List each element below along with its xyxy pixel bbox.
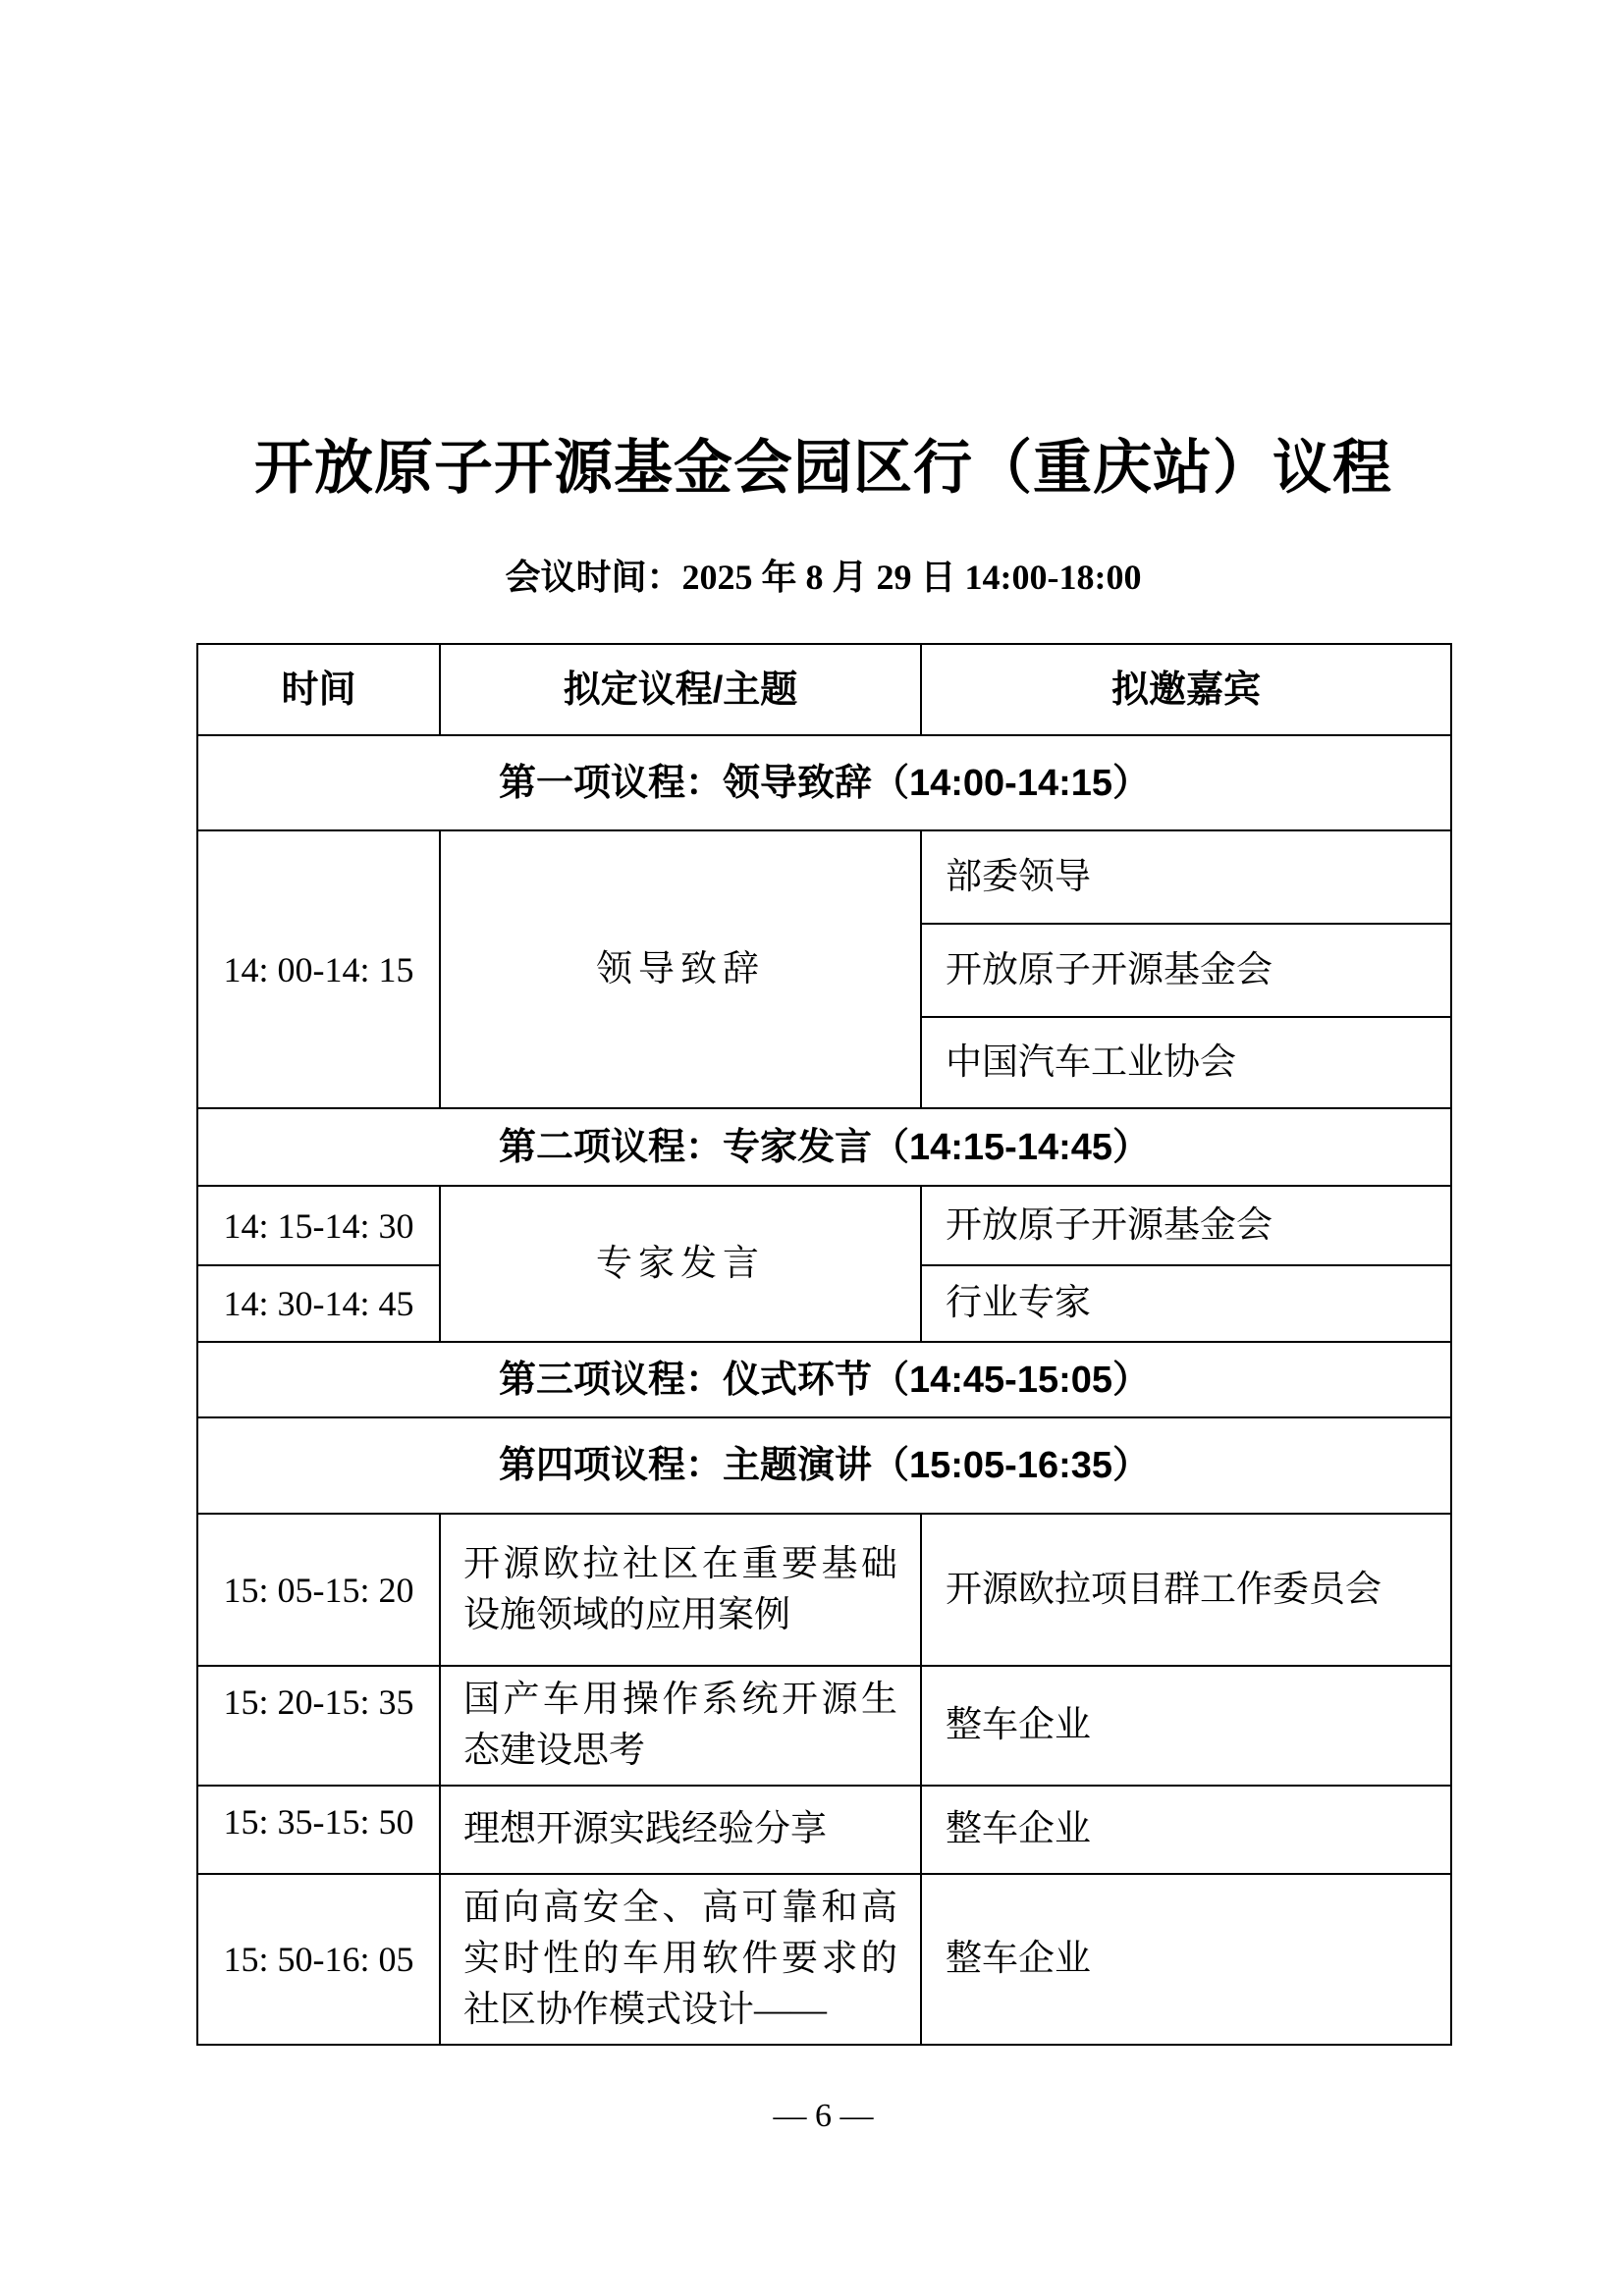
topic-cell-openeuler: 开源欧拉社区在重要基础设施领域的应用案例 [440,1514,921,1666]
topic-cell-community-collab: 面向高安全、高可靠和高实时性的车用软件要求的社区协作模式设计—— [440,1874,921,2045]
page-title: 开放原子开源基金会园区行（重庆站）议程 [196,0,1450,502]
column-header-time: 时间 [197,644,440,735]
topic-cell-vehicle-os: 国产车用操作系统开源生态建设思考 [440,1666,921,1786]
meeting-time: 会议时间：2025 年 8 月 29 日 14:00-18:00 [196,556,1450,599]
guest-cell-oem-3: 整车企业 [921,1874,1451,2045]
header-row: 时间 拟定议程/主题 拟邀嘉宾 [197,644,1451,735]
guest-cell-oem-1: 整车企业 [921,1666,1451,1786]
section-2-title: 第二项议程：专家发言（14:15-14:45） [197,1108,1451,1186]
time-cell-1520: 15: 20-15: 35 [197,1666,440,1786]
table-row-1415: 14: 15-14: 30 专家发言 开放原子开源基金会 [197,1186,1451,1265]
table-row-1505: 15: 05-15: 20 开源欧拉社区在重要基础设施领域的应用案例 开源欧拉项… [197,1514,1451,1666]
table-row-1535: 15: 35-15: 50 理想开源实践经验分享 整车企业 [197,1786,1451,1874]
time-cell-1400: 14: 00-14: 15 [197,830,440,1108]
section-1-title: 第一项议程：领导致辞（14:00-14:15） [197,735,1451,830]
table-row-1550: 15: 50-16: 05 面向高安全、高可靠和高实时性的车用软件要求的社区协作… [197,1874,1451,2045]
guest-cell-industry-expert: 行业专家 [921,1265,1451,1342]
table-row-1520: 15: 20-15: 35 国产车用操作系统开源生态建设思考 整车企业 [197,1666,1451,1786]
table-row-1400: 14: 00-14: 15 领导致辞 部委领导 [197,830,1451,924]
time-cell-1550: 15: 50-16: 05 [197,1874,440,2045]
guest-cell-openatom: 开放原子开源基金会 [921,924,1451,1017]
column-header-topic: 拟定议程/主题 [440,644,921,735]
guest-cell-caam: 中国汽车工业协会 [921,1017,1451,1108]
guest-cell-openeuler-committee: 开源欧拉项目群工作委员会 [921,1514,1451,1666]
section-4-title: 第四项议程：主题演讲（15:05-16:35） [197,1417,1451,1514]
time-cell-1535: 15: 35-15: 50 [197,1786,440,1874]
time-cell-1430: 14: 30-14: 45 [197,1265,440,1342]
agenda-table: 时间 拟定议程/主题 拟邀嘉宾 第一项议程：领导致辞（14:00-14:15） … [196,643,1452,2046]
section-3-title: 第三项议程：仪式环节（14:45-15:05） [197,1342,1451,1417]
page-number-footer: — 6 — [196,2095,1450,2138]
section-row-2: 第二项议程：专家发言（14:15-14:45） [197,1108,1451,1186]
time-cell-1505: 15: 05-15: 20 [197,1514,440,1666]
time-cell-1415: 14: 15-14: 30 [197,1186,440,1265]
guest-cell-oem-2: 整车企业 [921,1786,1451,1874]
section-row-1: 第一项议程：领导致辞（14:00-14:15） [197,735,1451,830]
topic-cell-expert-speech: 专家发言 [440,1186,921,1342]
section-row-4: 第四项议程：主题演讲（15:05-16:35） [197,1417,1451,1514]
guest-cell-ministry: 部委领导 [921,830,1451,924]
topic-cell-lixiang-share: 理想开源实践经验分享 [440,1786,921,1874]
section-row-3: 第三项议程：仪式环节（14:45-15:05） [197,1342,1451,1417]
topic-cell-leader-speech: 领导致辞 [440,830,921,1108]
column-header-guests: 拟邀嘉宾 [921,644,1451,735]
document-page: 开放原子开源基金会园区行（重庆站）议程 会议时间：2025 年 8 月 29 日… [0,0,1624,2296]
content-column: 开放原子开源基金会园区行（重庆站）议程 会议时间：2025 年 8 月 29 日… [196,0,1450,2138]
guest-cell-openatom-2: 开放原子开源基金会 [921,1186,1451,1265]
